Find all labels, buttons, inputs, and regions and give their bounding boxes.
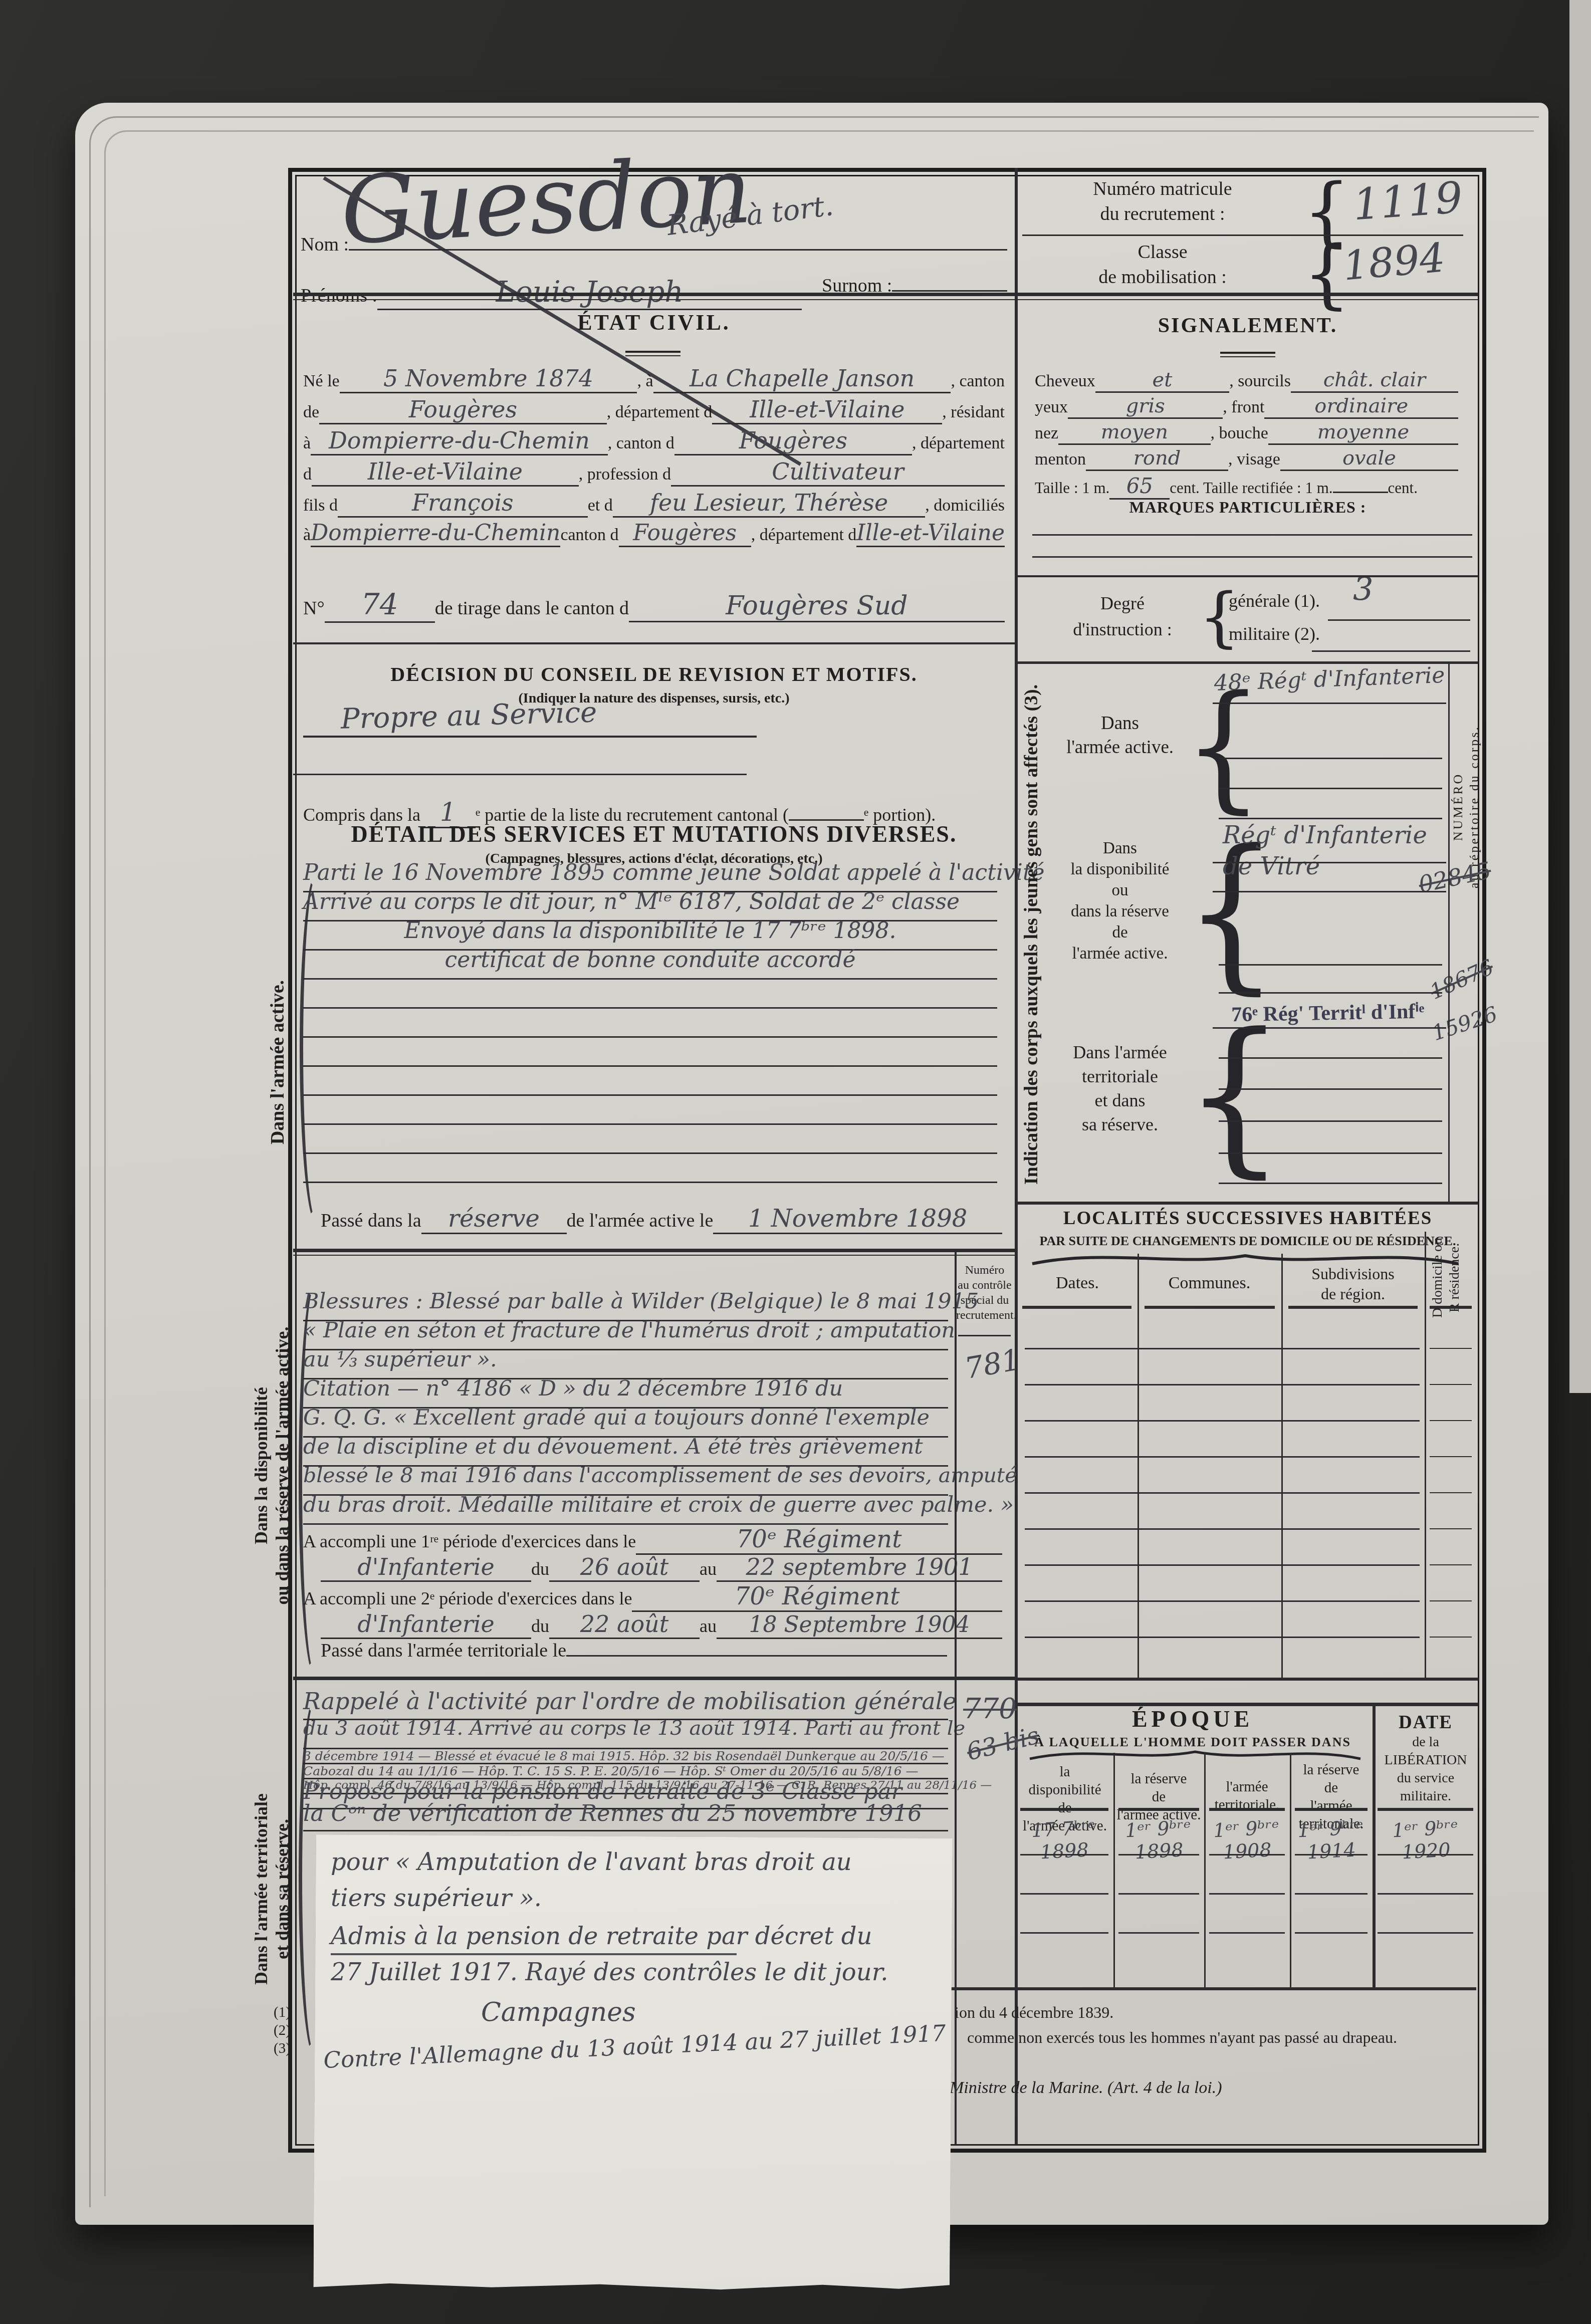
service-line: Envoyé dans la disponibilité le 17 7ᵇʳᵉ …	[303, 918, 997, 951]
ec-label: de	[303, 403, 319, 422]
ruled-line	[951, 1987, 1476, 1990]
epoque-heading: ÉPOQUE	[1017, 1706, 1368, 1732]
sig-label: , sourcils	[1229, 372, 1291, 391]
ec-value: La Chapelle Janson	[690, 365, 915, 392]
ruled-line	[1219, 1088, 1442, 1090]
corps-g3-label: Dans l'armée territoriale et dans sa rés…	[1047, 1040, 1193, 1136]
ruled-line	[1295, 1854, 1368, 1855]
passe-reserve-label: Passé dans la	[321, 1210, 421, 1232]
ruled-line	[1219, 1183, 1442, 1184]
epoque-col2-value: 1ᵉʳ 9ᵇʳᵉ 1898	[1114, 1816, 1203, 1865]
overbrace-ornament	[1027, 1749, 1363, 1762]
ruled-line	[1430, 1456, 1472, 1457]
taille-rect-label: cent. Taille rectifiée : 1 m.	[1170, 479, 1332, 497]
localites-col-communes: Communes.	[1138, 1274, 1281, 1293]
ec-label: , département	[912, 434, 1005, 453]
ec-label: fils d	[303, 496, 338, 515]
degre-label: Degré d'instruction :	[1047, 590, 1198, 642]
taille-rect-field	[1333, 492, 1388, 493]
ruled-line	[1219, 818, 1442, 819]
periode2-regiment: 70ᵉ Régiment	[735, 1582, 900, 1610]
passe-reserve-label: de l'armée active le	[567, 1210, 714, 1232]
ruled-line	[1430, 1420, 1472, 1421]
ruled-line	[1425, 1232, 1426, 1678]
degre-militaire-label: militaire (2).	[1229, 623, 1320, 644]
ruled-line	[303, 1182, 997, 1183]
ruled-line	[1213, 703, 1446, 704]
ec-label: , département d	[607, 403, 713, 422]
degre-generale-label: générale (1).	[1229, 590, 1320, 611]
ruled-line	[1025, 1420, 1420, 1422]
ruled-line	[1219, 992, 1442, 994]
ruled-line	[303, 1036, 997, 1038]
sig-label: , visage	[1228, 450, 1280, 469]
decision-value: Propre au Service	[340, 696, 597, 735]
heading-ornament	[1220, 352, 1275, 357]
localites-col-dates: Dates.	[1017, 1274, 1138, 1293]
register-scan: Guesdon Rayé à tort. Nom : Prénoms : Lou…	[0, 0, 1591, 2324]
epoque-col1-value: 17 7ᵇʳᵉ 1898	[1016, 1815, 1111, 1865]
margin-label-armee-active: Dans l'armée active.	[267, 892, 289, 1233]
sig-value: rond	[1133, 446, 1181, 470]
pension-line: la Cᵒⁿ de vérification de Rennes du 25 n…	[303, 1800, 948, 1831]
ruled-line	[1430, 1564, 1472, 1565]
ruled-line	[1430, 1637, 1472, 1638]
periode2-au: au	[700, 1615, 717, 1637]
ruled-line	[1312, 650, 1470, 652]
ruled-line	[1025, 1456, 1420, 1458]
blessure-line: « Plaie en séton et fracture de l'huméru…	[303, 1318, 948, 1350]
ruled-line	[1025, 1348, 1420, 1349]
decision-heading: DÉCISION DU CONSEIL DE REVISION ET MOTIF…	[293, 662, 1015, 686]
ruled-line	[1025, 1384, 1420, 1385]
citation-line: G. Q. G. « Excellent gradé qui a toujour…	[303, 1405, 948, 1438]
passe-reserve-value: réserve	[448, 1205, 540, 1233]
ruled-line	[1145, 1306, 1275, 1309]
ec-value: Dompierre-du-Chemin	[311, 520, 560, 546]
service-line: Parti le 16 Novembre 1895 comme jeune So…	[303, 860, 997, 892]
tirage-canton-value: Fougères Sud	[726, 591, 907, 621]
passe-territoriale-field	[566, 1655, 947, 1657]
taille-value: 65	[1126, 474, 1153, 498]
signalement-heading: SIGNALEMENT.	[1017, 314, 1478, 338]
ruled-line	[1219, 1120, 1442, 1122]
footnote-marker: (1)	[274, 2004, 291, 2021]
ruled-line	[1118, 1854, 1199, 1855]
ruled-line	[293, 1255, 1015, 1256]
periode2-label: A accompli une 2ᵉ période d'exercices da…	[303, 1588, 632, 1609]
periode2-du: du	[531, 1615, 549, 1637]
ruled-line	[1017, 1202, 1478, 1205]
ruled-line	[1017, 1678, 1478, 1681]
passe-territoriale-label: Passé dans l'armée territoriale le	[321, 1640, 566, 1662]
ruled-line	[1118, 1893, 1199, 1895]
prenoms-value: Louis Joseph	[496, 275, 683, 309]
taille-unit: cent.	[1388, 479, 1418, 497]
epoque-date-sub: de la LIBÉRATION du service militaire.	[1376, 1733, 1476, 1805]
ec-value: Ille-et-Vilaine	[750, 396, 904, 423]
citation-line: Citation — n° 4186 « D » du 2 décembre 1…	[303, 1376, 948, 1409]
localites-sub: PAR SUITE DE CHANGEMENTS DE DOMICILE OU …	[1017, 1234, 1478, 1249]
ruled-line	[1378, 1932, 1473, 1934]
ruled-line	[1020, 1808, 1108, 1811]
ruled-line	[293, 299, 1478, 300]
adjacent-page-edge	[1569, 0, 1591, 1393]
ruled-line	[1020, 1893, 1108, 1895]
corps-g2-label: Dans la disponibilité ou dans la réserve…	[1047, 838, 1193, 964]
ruled-line	[293, 774, 747, 775]
localites-col-subdivisions: Subdivisions de région.	[1281, 1264, 1425, 1304]
paper-line: Admis à la pension de retraite par décre…	[331, 1922, 872, 1950]
heading-ornament	[625, 351, 680, 356]
ec-label: , résidant	[942, 403, 1005, 422]
hopitaux-line: 3 décembre 1914 — Blessé et évacué le 8 …	[303, 1749, 948, 1764]
ruled-line	[1213, 891, 1446, 892]
ec-value: Ille-et-Vilaine	[856, 520, 1005, 546]
ec-label: à	[303, 526, 311, 545]
ruled-line	[293, 293, 1478, 296]
ec-value: Fougères	[409, 396, 517, 423]
epoque-date-title: DATE	[1376, 1712, 1476, 1733]
ec-label: , canton d	[608, 434, 674, 453]
corps-g3-stamp: 76ᵉ Rég' Territˡ d'Infⁱᵉ	[1208, 998, 1449, 1027]
periode1-label: A accompli une 1ʳᵉ période d'exercices d…	[303, 1531, 636, 1552]
ruled-line	[1204, 1753, 1206, 1987]
ruled-line	[303, 1123, 997, 1125]
ruled-line	[293, 1249, 1015, 1252]
ec-label: à	[303, 434, 311, 453]
ruled-line	[955, 1251, 957, 1680]
footnote-fragment: ion du 4 décembre 1839.	[955, 2003, 1113, 2022]
corps-g3-brace: {	[1184, 1011, 1286, 1180]
ec-label: , profession d	[579, 465, 671, 484]
sig-label: Cheveux	[1035, 372, 1095, 391]
ec-value: Cultivateur	[772, 458, 903, 485]
corps-g1-brace: {	[1184, 677, 1263, 815]
tirage-no-value: 74	[361, 587, 398, 621]
periode1-arme: d'Infanterie	[357, 1553, 495, 1580]
ruled-line	[1378, 1808, 1473, 1811]
ruled-line	[293, 1677, 1015, 1680]
ruled-line	[1430, 1492, 1472, 1493]
ruled-line	[1118, 1808, 1199, 1811]
sig-label: menton	[1035, 450, 1086, 469]
passe-reserve-date: 1 Novembre 1898	[748, 1205, 967, 1233]
crossed-number: 770	[963, 1693, 1017, 1725]
mobilisation-line: Rappelé à l'activité par l'ordre de mobi…	[303, 1688, 948, 1720]
ruled-line	[1213, 1027, 1446, 1029]
ruled-line	[1219, 788, 1442, 789]
ruled-line	[1022, 235, 1463, 236]
ruled-line	[1430, 1306, 1472, 1309]
ruled-line	[1213, 862, 1446, 863]
sig-value: moyenne	[1317, 420, 1409, 443]
sig-value: ordinaire	[1314, 394, 1408, 417]
sig-label: nez	[1035, 424, 1058, 443]
citation-line: de la discipline et du dévouement. A été…	[303, 1434, 948, 1467]
sig-value: ovale	[1342, 446, 1396, 470]
corps-numero-label: NUMÉRO au répertoire du corps.	[1450, 661, 1482, 952]
periode1-regiment: 70ᵉ Régiment	[737, 1525, 902, 1553]
paper-underline	[331, 1953, 737, 1955]
ec-label: , canton	[951, 372, 1005, 391]
paper-line: tiers supérieur ».	[331, 1884, 542, 1912]
campagnes-title: Campagnes	[481, 1997, 636, 2027]
ruled-line	[1209, 1932, 1285, 1934]
epoque-col3-value: 1ᵉʳ 9ᵇʳᵉ 1908	[1205, 1816, 1288, 1864]
ruled-line	[293, 642, 1015, 644]
ruled-line	[1138, 1254, 1139, 1678]
periode2-arme: d'Infanterie	[357, 1610, 495, 1638]
ec-value: Fougères	[633, 520, 737, 546]
ec-value: François	[412, 489, 514, 516]
matricule-value: 1119	[1351, 172, 1464, 230]
mobilisation-line: du 3 août 1914. Arrivé au corps le 13 ao…	[303, 1717, 948, 1749]
ruled-line	[1020, 1932, 1108, 1934]
ruled-line	[1025, 1600, 1420, 1602]
ruled-line	[1430, 1528, 1472, 1529]
margin-label-disponibilite: Dans la disponibilité ou dans la réserve…	[251, 1263, 293, 1669]
ruled-line	[1430, 1384, 1472, 1385]
footnote-marker: (2)	[274, 2022, 291, 2039]
footnote-fragment: Ministre de la Marine. (Art. 4 de la loi…	[950, 2078, 1222, 2098]
ruled-line	[1430, 1600, 1472, 1601]
footnote-fragment: comme non exercés tous les hommes n'ayan…	[967, 2028, 1397, 2047]
ruled-line	[303, 1007, 997, 1009]
sig-label: , bouche	[1211, 424, 1268, 443]
epoque-sub: À LAQUELLE L'HOMME DOIT PASSER DANS	[1020, 1735, 1366, 1750]
sig-label: , front	[1223, 398, 1264, 417]
taille-label: Taille : 1 m.	[1035, 479, 1109, 497]
ruled-line	[1025, 1492, 1420, 1494]
ruled-line	[1032, 556, 1472, 558]
sig-value: et	[1153, 368, 1173, 391]
ec-value: feu Lesieur, Thérèse	[650, 489, 888, 516]
classe-label: Classe de mobilisation :	[1037, 240, 1288, 290]
ruled-line	[1025, 1528, 1420, 1530]
ruled-line	[303, 1152, 997, 1154]
ruled-line	[958, 1335, 1011, 1336]
citation-line: blessé le 8 mai 1916 dans l'accomplissem…	[303, 1463, 948, 1496]
etat-civil-heading: ÉTAT CIVIL.	[293, 310, 1015, 335]
tirage-no-label: N°	[303, 597, 325, 619]
ec-value: 5 Novembre 1874	[383, 365, 593, 392]
ruled-line	[1017, 1703, 1478, 1706]
nom-label: Nom :	[301, 234, 349, 256]
periode1-au: au	[700, 1558, 717, 1579]
ruled-line	[1328, 619, 1470, 621]
ruled-line	[1290, 1753, 1291, 1987]
ruled-line	[1209, 1893, 1285, 1895]
ruled-line	[1295, 1932, 1368, 1934]
ruled-line	[1295, 1808, 1368, 1811]
service-line: certificat de bonne conduite accordé	[303, 947, 997, 980]
ruled-line	[1219, 1057, 1442, 1059]
surnom-field	[892, 290, 1007, 292]
ruled-line	[303, 1065, 997, 1067]
epoque-col5-header: DATE de la LIBÉRATION du service militai…	[1376, 1712, 1476, 1805]
localites-heading: LOCALITÉS SUCCESSIVES HABITÉES	[1017, 1208, 1478, 1229]
nom-field	[349, 249, 1007, 251]
ruled-line	[1020, 1854, 1108, 1855]
ruled-line	[1209, 1808, 1285, 1811]
ruled-line	[1022, 1306, 1131, 1309]
ruled-line	[1281, 1254, 1283, 1678]
service-line: Arrivé au corps le dit jour, n° Mˡᵉ 6187…	[303, 889, 997, 921]
sig-label: yeux	[1035, 398, 1068, 417]
ruled-line	[1219, 964, 1442, 966]
localites-dr-label: D domicile ou R résidence.	[1429, 1203, 1463, 1353]
ruled-line	[1288, 1306, 1418, 1309]
classe-value: 1894	[1341, 234, 1447, 289]
ruled-line	[1430, 1348, 1472, 1349]
blessure-line: Blessures : Blessé par balle à Wilder (B…	[303, 1289, 948, 1321]
ruled-line	[1373, 1704, 1376, 1987]
ec-label: d	[303, 465, 312, 484]
ruled-line	[1378, 1854, 1473, 1855]
ruled-line	[955, 1677, 957, 2145]
ruled-line	[1017, 661, 1478, 664]
ruled-line	[1219, 758, 1442, 759]
periode2-date-debut: 22 août	[580, 1610, 668, 1638]
services-heading: DÉTAIL DES SERVICES ET MUTATIONS DIVERSE…	[293, 821, 1015, 847]
footnote-marker: (3)	[274, 2040, 291, 2057]
ec-label: Né le	[303, 372, 340, 391]
matricule-label: Numéro matricule du recrutement :	[1037, 176, 1288, 226]
blessure-line: au ⅓ supérieur ».	[303, 1347, 948, 1379]
ec-value: Fougères	[739, 427, 847, 454]
ec-label: , département d	[751, 526, 857, 545]
epoque-col4-value: 1ᵉʳ 9ᵇʳᵉ 1914	[1291, 1816, 1371, 1864]
periode2-date-fin: 18 Septembre 1904	[749, 1612, 970, 1638]
ruled-line	[303, 736, 757, 738]
ruled-line	[1448, 664, 1450, 1202]
marques-label: MARQUES PARTICULIÈRES :	[1017, 498, 1478, 517]
ruled-line	[1209, 1854, 1285, 1855]
ruled-line	[1032, 534, 1472, 536]
paper-line: 27 Juillet 1917. Rayé des contrôles le d…	[331, 1958, 888, 1986]
corps-g1-label: Dans l'armée active.	[1047, 712, 1193, 760]
ruled-line	[1025, 1564, 1420, 1566]
sig-value: chât. clair	[1323, 368, 1426, 391]
sig-value: moyen	[1101, 420, 1168, 443]
ruled-line	[1118, 1932, 1199, 1934]
ruled-line	[1017, 575, 1478, 577]
ec-label: et d	[588, 496, 613, 515]
ruled-line	[303, 1094, 997, 1096]
ec-value: Ille-et-Vilaine	[368, 458, 523, 485]
ec-value: Dompierre-du-Chemin	[329, 427, 590, 454]
tirage-text: de tirage dans le canton d	[435, 597, 629, 619]
ruled-line	[1113, 1753, 1115, 1987]
ruled-line	[1378, 1893, 1473, 1895]
citation-line: du bras droit. Médaille militaire et cro…	[303, 1492, 948, 1525]
ec-label: , à	[637, 372, 653, 391]
paper-line: pour « Amputation de l'avant bras droit …	[331, 1848, 852, 1876]
sig-value: gris	[1126, 394, 1165, 417]
periode1-date-debut: 26 août	[580, 1553, 668, 1580]
epoque-col5-value: 1ᵉʳ 9ᵇʳᵉ 1920	[1375, 1815, 1477, 1865]
corps-left-label: Indication des corps auxquels les jeunes…	[1020, 674, 1042, 1195]
periode1-du: du	[531, 1558, 549, 1579]
ec-label: canton d	[560, 526, 618, 545]
ruled-line	[1219, 1152, 1442, 1154]
ec-label: , domiciliés	[925, 496, 1005, 515]
ruled-line	[1295, 1893, 1368, 1895]
ruled-line	[1025, 1637, 1420, 1638]
periode1-date-fin: 22 septembre 1901	[746, 1553, 973, 1580]
